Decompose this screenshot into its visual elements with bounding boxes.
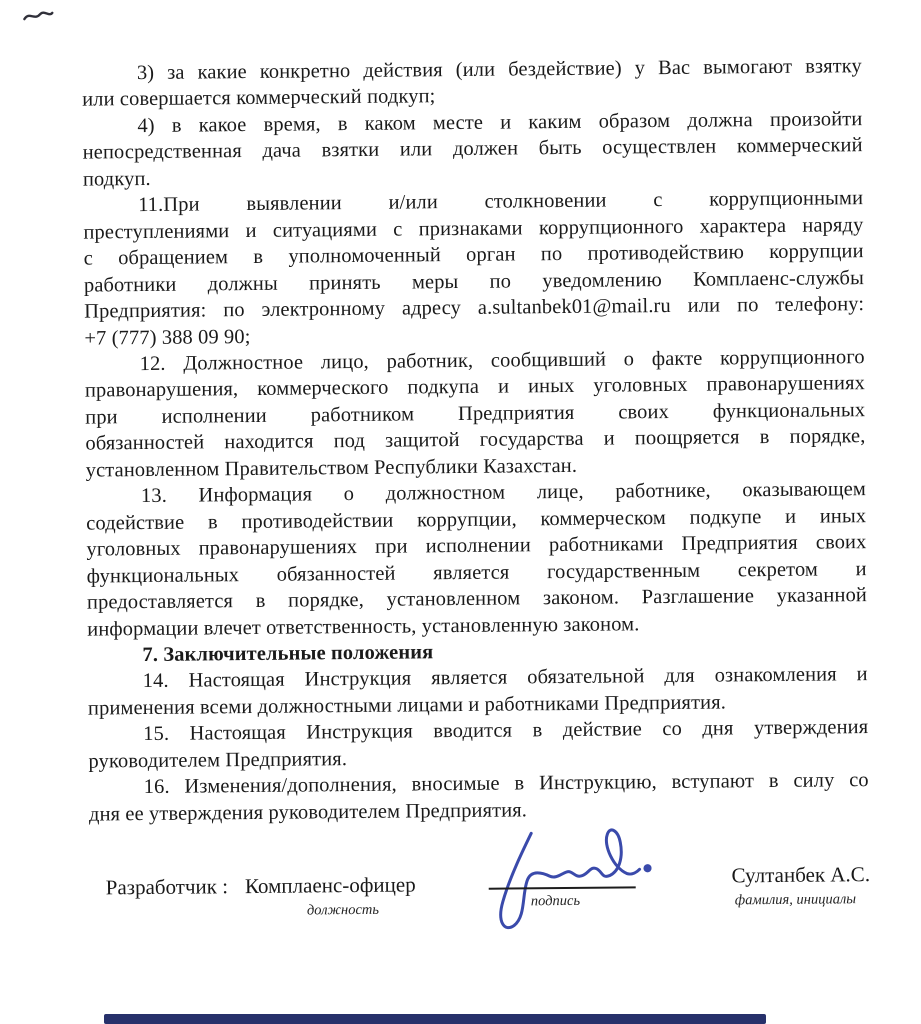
developer-role: Комплаенс-офицер — [245, 872, 416, 898]
ink-smudge-mark — [22, 8, 54, 24]
role-caption: должность — [307, 902, 379, 920]
developer-label: Разработчик : — [106, 874, 229, 899]
bottom-accent-bar — [104, 1014, 766, 1024]
signature-line — [489, 886, 636, 889]
signer-name: Султанбек А.С. — [732, 862, 871, 888]
signer-name-caption: фамилия, инициалы — [735, 891, 856, 909]
document-body: 3) за какие конкретно действия (или безд… — [82, 53, 869, 828]
signature-caption: подпись — [531, 893, 580, 910]
document-page: 3) за какие конкретно действия (или безд… — [0, 0, 921, 1024]
signature-scribble — [471, 814, 652, 936]
scanned-sheet: 3) за какие конкретно действия (или безд… — [0, 0, 921, 1024]
developer-row: Разработчик :Комплаенс-офицер — [106, 872, 416, 900]
